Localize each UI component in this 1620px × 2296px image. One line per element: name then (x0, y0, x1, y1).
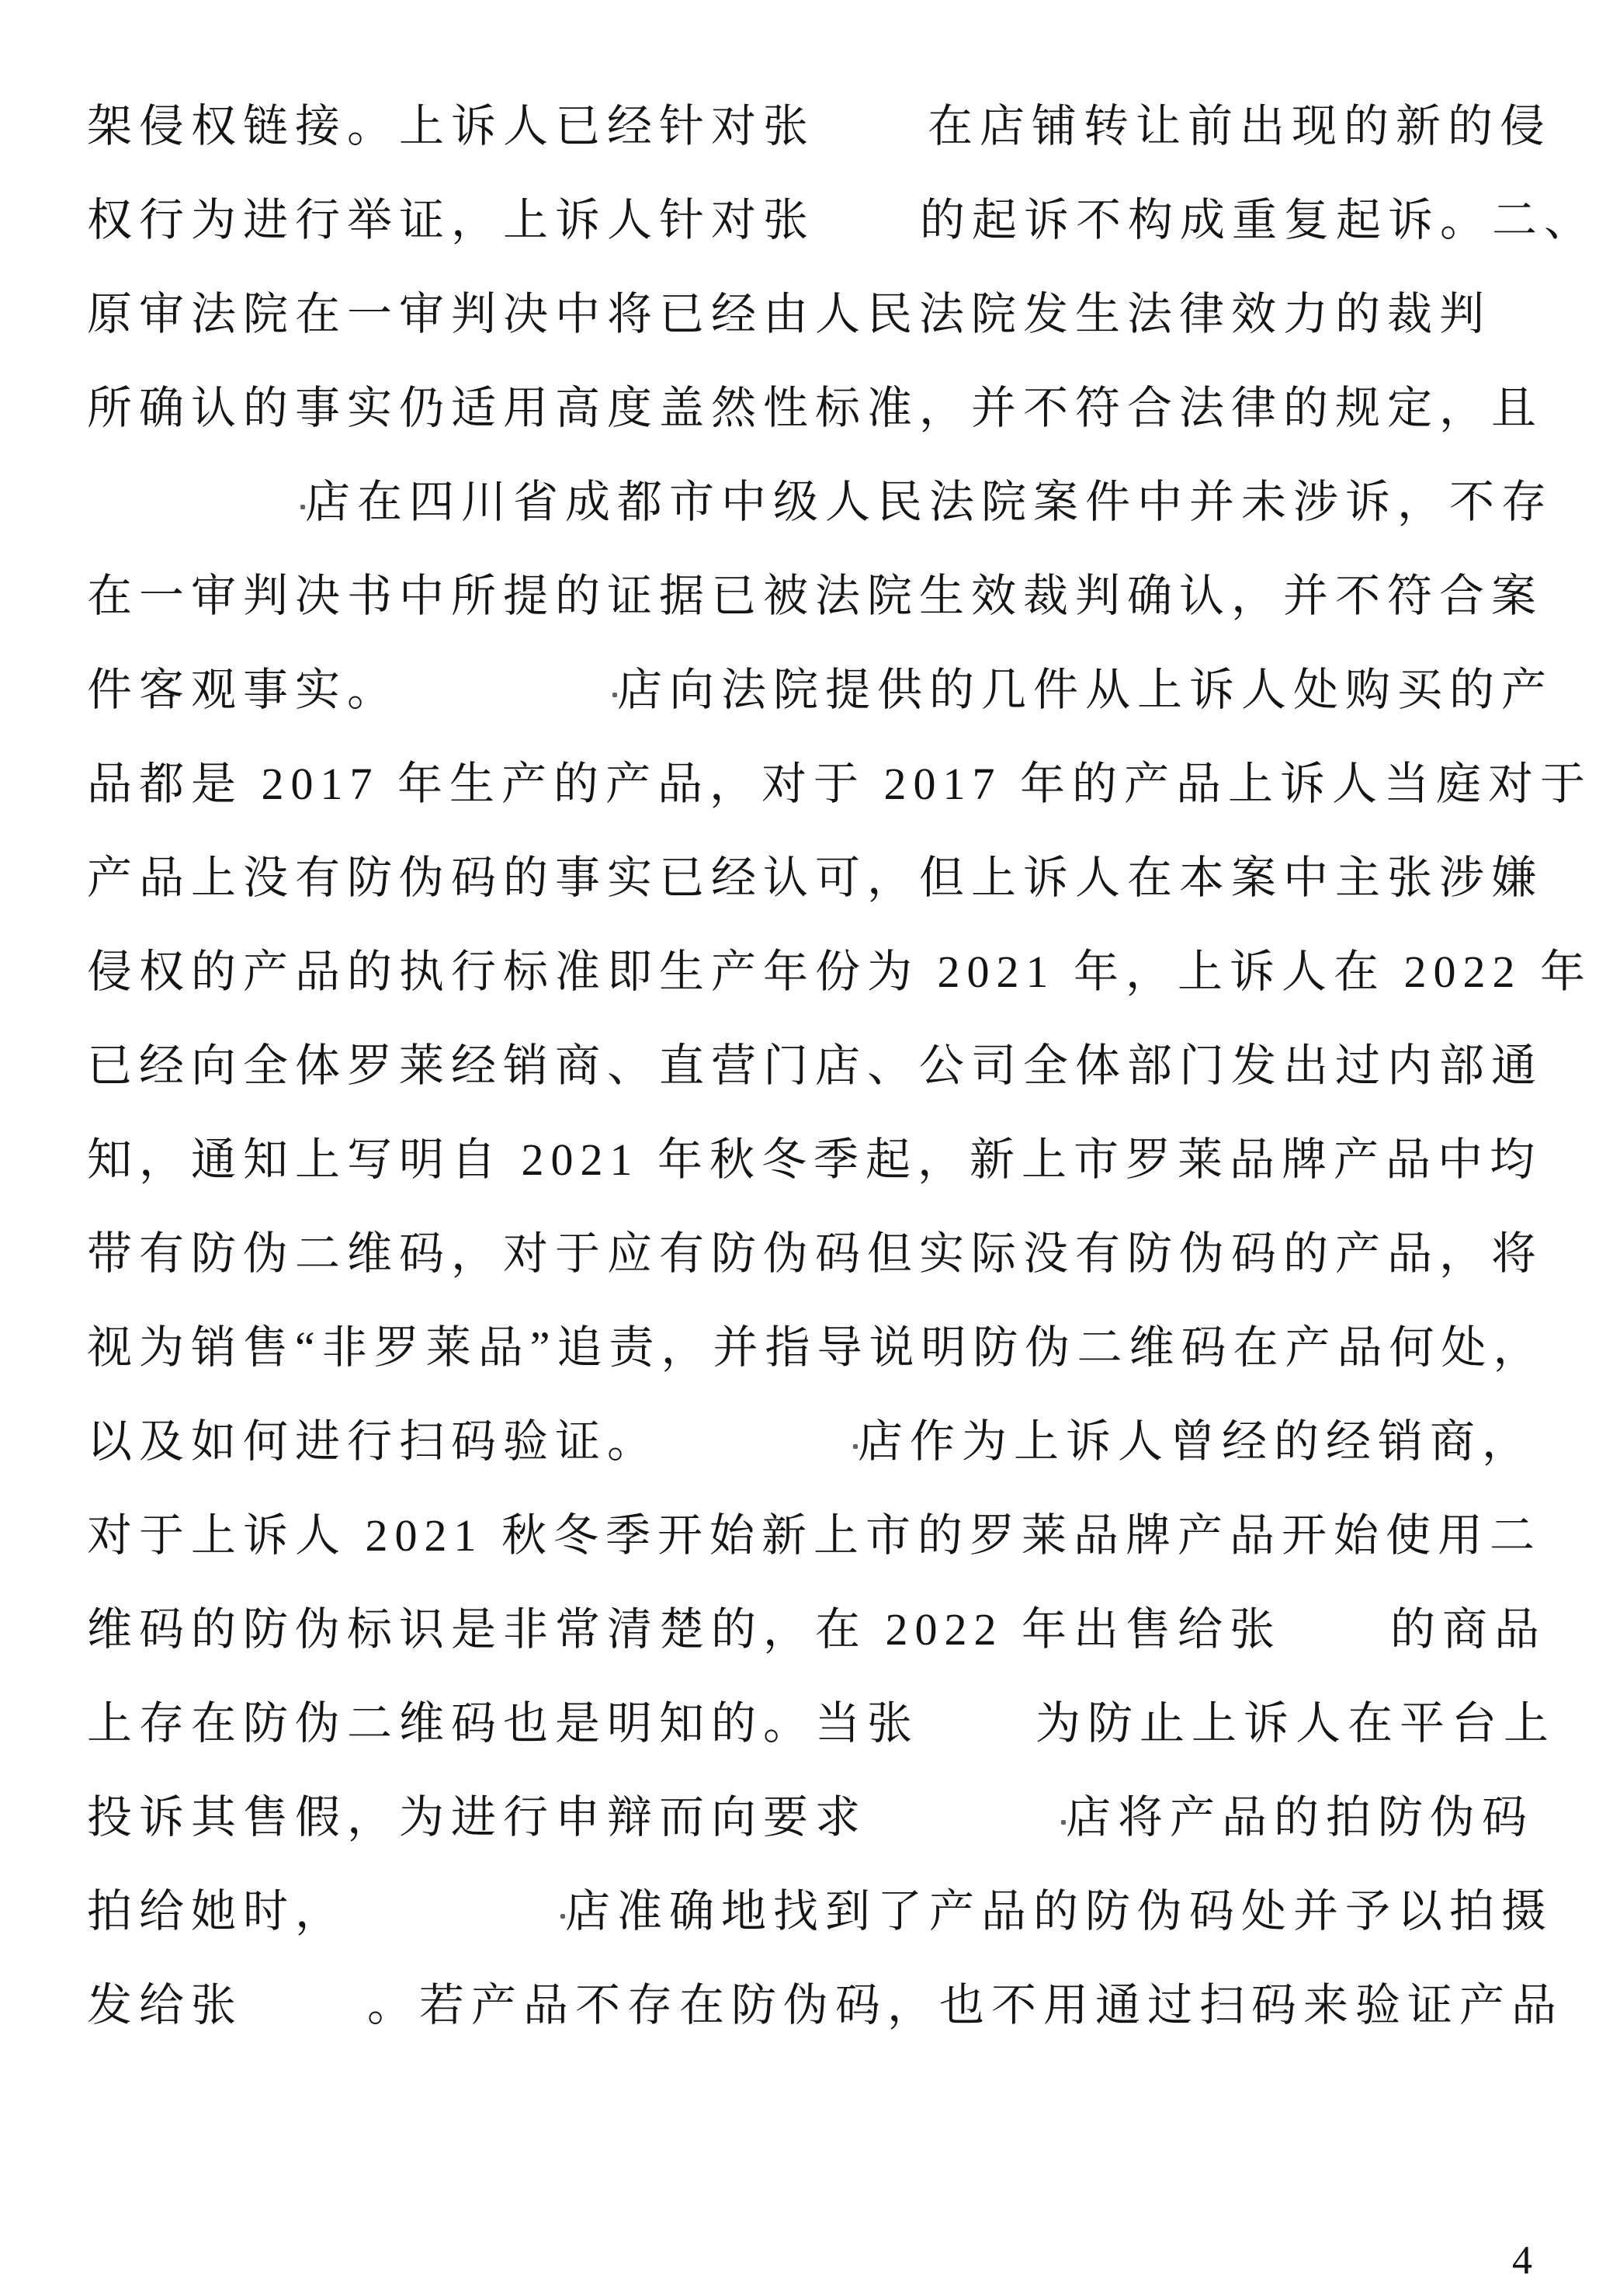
text-segment: 侵权的产品的执行标准即生产年份为 2021 年，上诉人在 2022 年 (87, 947, 1592, 997)
redaction-dot (612, 693, 617, 697)
text-line: 维码的防伪标识是非常清楚的，在 2022 年出售给张的商品 (87, 1582, 1562, 1676)
text-line: 发给张。若产品不存在防伪码，也不用通过扫码来验证产品 (87, 1958, 1562, 2052)
text-segment: 上存在防伪二维码也是明知的。当张 (87, 1698, 919, 1749)
redaction-gap (659, 1456, 853, 1457)
text-segment: 视为销售“非罗莱品”追责，并指导说明防伪二维码在产品何处， (87, 1322, 1545, 1373)
text-segment: 已经向全体罗莱经销商、直营门店、公司全体部门发出过内部通 (87, 1040, 1543, 1091)
text-line: 知，通知上写明自 2021 年秋冬季起，新上市罗莱品牌产品中均 (87, 1113, 1562, 1207)
redaction-dot (1061, 1820, 1066, 1825)
text-line: 品都是 2017 年生产的产品，对于 2017 年的产品上诉人当庭对于 (87, 737, 1562, 831)
text-line: 侵权的产品的执行标准即生产年份为 2021 年，上诉人在 2022 年 (87, 925, 1562, 1019)
redaction-gap (87, 516, 300, 517)
text-line: 原审法院在一审判决中将已经由人民法院发生法律效力的裁判 (87, 267, 1562, 361)
text-line: 对于上诉人 2021 秋冬季开始新上市的罗莱品牌产品开始使用二 (87, 1488, 1562, 1582)
page-number: 4 (1512, 2238, 1532, 2284)
text-line: 权行为进行举证，上诉人针对张的起诉不构成重复起诉。二、 (87, 173, 1562, 267)
text-segment: 。若产品不存在防伪码，也不用通过扫码来验证产品 (367, 1980, 1563, 2030)
text-segment: 拍给她时， (87, 1886, 347, 1936)
redaction-dot (300, 505, 305, 509)
redaction-gap (815, 234, 920, 235)
text-segment: 知，通知上写明自 2021 年秋冬季起，新上市罗莱品牌产品中均 (87, 1134, 1542, 1185)
text-segment: 在店铺转让前出现的新的侵 (928, 101, 1552, 151)
text-line: 拍给她时，店准确地找到了产品的防伪码处并予以拍摄 (87, 1864, 1562, 1958)
text-segment: 的起诉不构成重复起诉。二、 (920, 195, 1596, 245)
text-segment: 店将产品的拍防伪码 (1066, 1792, 1534, 1843)
text-segment: 为防止上诉人在平台上 (1035, 1698, 1556, 1749)
text-line: 店在四川省成都市中级人民法院案件中并未涉诉，不存 (87, 455, 1562, 549)
text-line: 投诉其售假，为进行申辩而向要求店将产品的拍防伪码 (87, 1770, 1562, 1864)
text-segment: 原审法院在一审判决中将已经由人民法院发生法律效力的裁判 (87, 289, 1491, 339)
text-segment: 投诉其售假，为进行申辩而向要求 (87, 1792, 867, 1843)
text-segment: 对于上诉人 2021 秋冬季开始新上市的罗莱品牌产品开始使用二 (87, 1510, 1542, 1561)
text-segment: 维码的防伪标识是非常清楚的，在 2022 年出售给张 (87, 1604, 1282, 1655)
text-segment: 产品上没有防伪码的事实已经认可，但上诉人在本案中主张涉嫌 (87, 853, 1543, 903)
text-segment: 店向法院提供的几件从上诉人处购买的产 (617, 665, 1553, 715)
text-segment: 件客观事实。 (87, 665, 399, 715)
text-line: 带有防伪二维码，对于应有防伪码但实际没有防伪码的产品，将 (87, 1207, 1562, 1301)
text-line: 已经向全体罗莱经销商、直营门店、公司全体部门发出过内部通 (87, 1019, 1562, 1113)
redaction-gap (1282, 1644, 1390, 1645)
redaction-gap (399, 704, 612, 705)
redaction-gap (347, 1926, 560, 1926)
redaction-dot (560, 1914, 565, 1919)
text-segment: 以及如何进行扫码验证。 (87, 1416, 659, 1467)
redaction-dot (853, 1444, 858, 1449)
scanned-document-page: 架侵权链接。上诉人已经针对张在店铺转让前出现的新的侵权行为进行举证，上诉人针对张… (0, 0, 1620, 2296)
document-text: 架侵权链接。上诉人已经针对张在店铺转让前出现的新的侵权行为进行举证，上诉人针对张… (87, 79, 1562, 2052)
text-segment: 店准确地找到了产品的防伪码处并予以拍摄 (565, 1886, 1553, 1936)
text-segment: 带有防伪二维码，对于应有防伪码但实际没有防伪码的产品，将 (87, 1228, 1543, 1279)
text-segment: 发给张 (87, 1980, 243, 2030)
redaction-gap (919, 1738, 1035, 1738)
text-segment: 权行为进行举证，上诉人针对张 (87, 195, 815, 245)
text-segment: 架侵权链接。上诉人已经针对张 (87, 101, 815, 151)
text-line: 上存在防伪二维码也是明知的。当张为防止上诉人在平台上 (87, 1676, 1562, 1770)
text-line: 架侵权链接。上诉人已经针对张在店铺转让前出现的新的侵 (87, 79, 1562, 173)
text-segment: 所确认的事实仍适用高度盖然性标准，并不符合法律的规定，且 (87, 383, 1543, 433)
text-segment: 店作为上诉人曾经的经销商， (858, 1416, 1534, 1467)
text-line: 以及如何进行扫码验证。店作为上诉人曾经的经销商， (87, 1395, 1562, 1488)
redaction-gap (815, 141, 928, 141)
redaction-gap (243, 2020, 367, 2020)
text-segment: 的商品 (1390, 1604, 1546, 1655)
text-line: 产品上没有防伪码的事实已经认可，但上诉人在本案中主张涉嫌 (87, 831, 1562, 925)
text-line: 视为销售“非罗莱品”追责，并指导说明防伪二维码在产品何处， (87, 1301, 1562, 1395)
text-segment: 品都是 2017 年生产的产品，对于 2017 年的产品上诉人当庭对于 (87, 759, 1592, 809)
text-segment: 店在四川省成都市中级人民法院案件中并未涉诉，不存 (305, 477, 1553, 527)
text-line: 在一审判决书中所提的证据已被法院生效裁判确认，并不符合案 (87, 549, 1562, 643)
text-line: 所确认的事实仍适用高度盖然性标准，并不符合法律的规定，且 (87, 361, 1562, 455)
redaction-gap (867, 1832, 1061, 1832)
text-segment: 在一审判决书中所提的证据已被法院生效裁判确认，并不符合案 (87, 571, 1543, 621)
text-line: 件客观事实。店向法院提供的几件从上诉人处购买的产 (87, 643, 1562, 737)
